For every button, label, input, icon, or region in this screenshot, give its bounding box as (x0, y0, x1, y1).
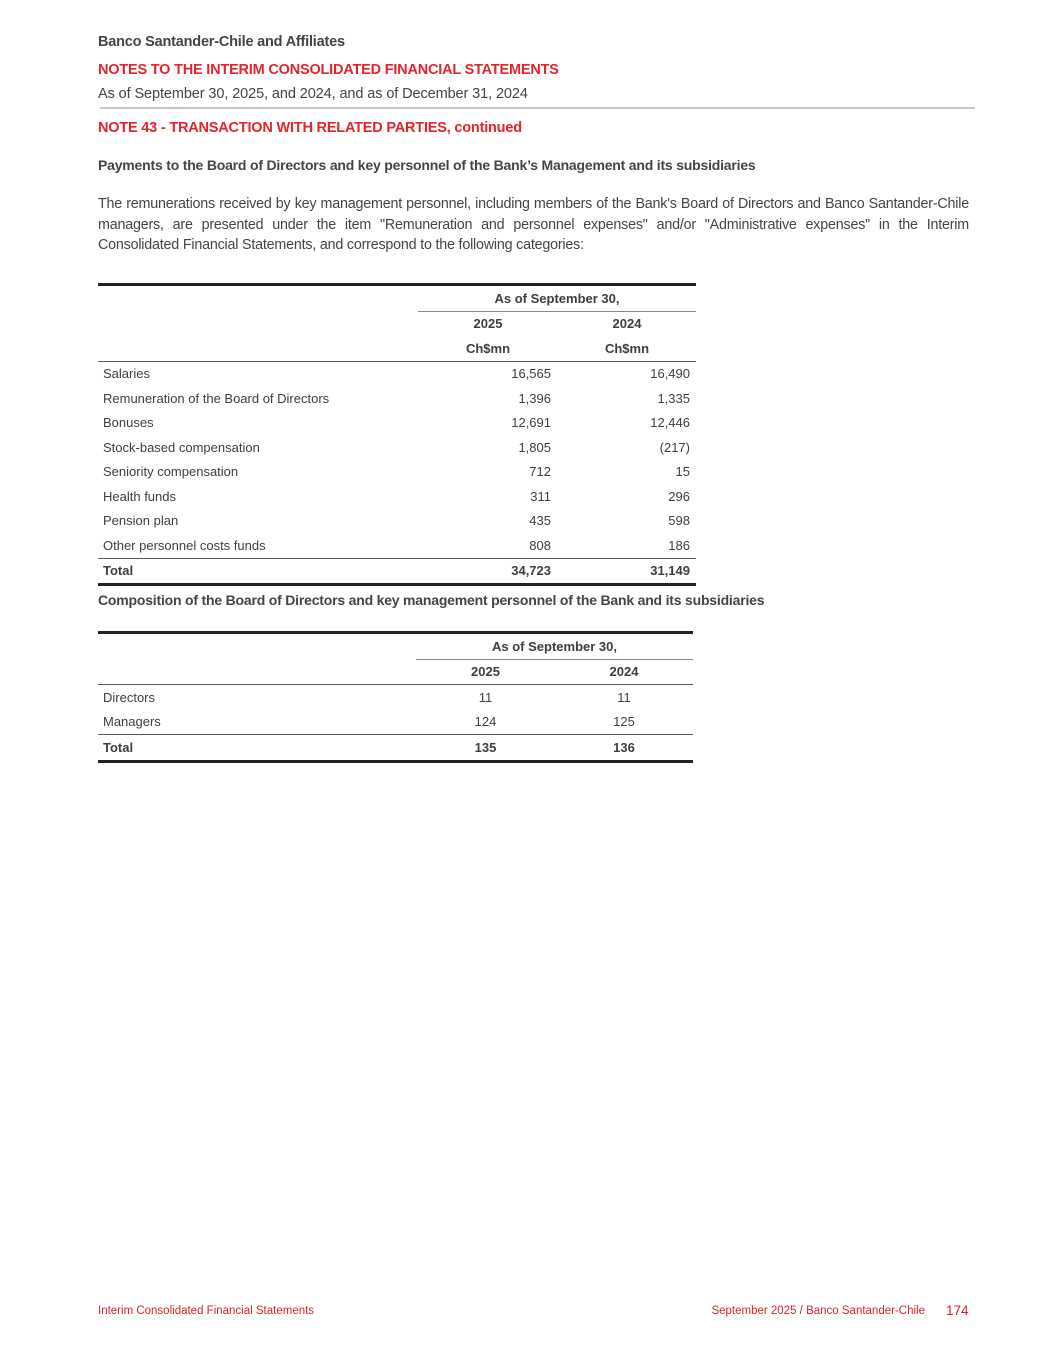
value-2025: 12,691 (418, 411, 558, 436)
value-2025: 311 (418, 484, 558, 509)
value-2024: 16,490 (558, 361, 696, 386)
remuneration-table: As of September 30, 2025 2024 Ch$mn Ch$m… (98, 283, 696, 586)
table-row: Pension plan435598 (98, 509, 696, 534)
value-2024: 598 (558, 509, 696, 534)
table-header-row: 2025 2024 (98, 311, 696, 336)
value-2025: 1,805 (418, 435, 558, 460)
total-row: Total 34,723 31,149 (98, 558, 696, 585)
document-page: Banco Santander-Chile and Affiliates NOT… (0, 0, 1055, 1365)
value-2024: 15 (558, 460, 696, 485)
table-row: Managers124125 (98, 710, 693, 735)
value-2024: 186 (558, 533, 696, 558)
year-header: 2025 (418, 311, 558, 336)
row-label: Health funds (98, 484, 418, 509)
value-2024: 12,446 (558, 411, 696, 436)
footer-issuer: September 2025 / Banco Santander-Chile (711, 1305, 925, 1317)
value-2025: 1,396 (418, 386, 558, 411)
note-title: NOTE 43 - TRANSACTION WITH RELATED PARTI… (98, 120, 522, 136)
intro-paragraph: The remunerations received by key manage… (98, 194, 969, 256)
value-2024: 31,149 (558, 558, 696, 585)
value-2025: 435 (418, 509, 558, 534)
composition-table: As of September 30, 2025 2024 Directors1… (98, 631, 693, 763)
table-header-row: Ch$mn Ch$mn (98, 336, 696, 361)
year-header: 2025 (416, 659, 555, 685)
table-row: Directors1111 (98, 685, 693, 710)
row-label: Pension plan (98, 509, 418, 534)
value-2025: 11 (416, 685, 555, 710)
table-row: Salaries16,56516,490 (98, 361, 696, 386)
footer-separator: / (796, 1305, 806, 1317)
row-label: Remuneration of the Board of Directors (98, 386, 418, 411)
row-label: Other personnel costs funds (98, 533, 418, 558)
row-label: Total (98, 735, 416, 762)
total-row: Total 135 136 (98, 735, 693, 762)
unit-header: Ch$mn (418, 336, 558, 361)
table-row: Health funds311296 (98, 484, 696, 509)
table-row: Stock-based compensation1,805(217) (98, 435, 696, 460)
value-2025: 124 (416, 710, 555, 735)
table-header-row: As of September 30, (98, 285, 696, 312)
value-2025: 16,565 (418, 361, 558, 386)
value-2024: 136 (555, 735, 693, 762)
value-2025: 808 (418, 533, 558, 558)
table-header-row: As of September 30, (98, 633, 693, 660)
page-number: 174 (946, 1303, 969, 1318)
value-2024: 125 (555, 710, 693, 735)
value-2024: 296 (558, 484, 696, 509)
row-label: Managers (98, 710, 416, 735)
header-divider (100, 107, 975, 109)
year-header: 2024 (558, 311, 696, 336)
row-label: Bonuses (98, 411, 418, 436)
period-header: As of September 30, (416, 633, 693, 660)
unit-header: Ch$mn (558, 336, 696, 361)
footer-date: September 2025 (711, 1305, 796, 1317)
value-2024: 11 (555, 685, 693, 710)
row-label: Salaries (98, 361, 418, 386)
row-label: Seniority compensation (98, 460, 418, 485)
value-2024: (217) (558, 435, 696, 460)
value-2025: 712 (418, 460, 558, 485)
row-label: Directors (98, 685, 416, 710)
table-row: Other personnel costs funds808186 (98, 533, 696, 558)
value-2025: 34,723 (418, 558, 558, 585)
row-label: Total (98, 558, 418, 585)
table-row: Seniority compensation71215 (98, 460, 696, 485)
table-header-row: 2025 2024 (98, 659, 693, 685)
value-2024: 1,335 (558, 386, 696, 411)
table-row: Bonuses12,69112,446 (98, 411, 696, 436)
company-name: Banco Santander-Chile and Affiliates (98, 34, 345, 50)
table-row: Remuneration of the Board of Directors1,… (98, 386, 696, 411)
period-header: As of September 30, (418, 285, 696, 312)
value-2025: 135 (416, 735, 555, 762)
year-header: 2024 (555, 659, 693, 685)
notes-title: NOTES TO THE INTERIM CONSOLIDATED FINANC… (98, 62, 559, 78)
row-label: Stock-based compensation (98, 435, 418, 460)
section-heading-composition: Composition of the Board of Directors an… (98, 592, 764, 608)
footer-document-title: Interim Consolidated Financial Statement… (98, 1305, 314, 1317)
section-heading-payments: Payments to the Board of Directors and k… (98, 157, 756, 173)
date-line: As of September 30, 2025, and 2024, and … (98, 86, 528, 102)
footer-company: Banco Santander-Chile (806, 1305, 925, 1317)
